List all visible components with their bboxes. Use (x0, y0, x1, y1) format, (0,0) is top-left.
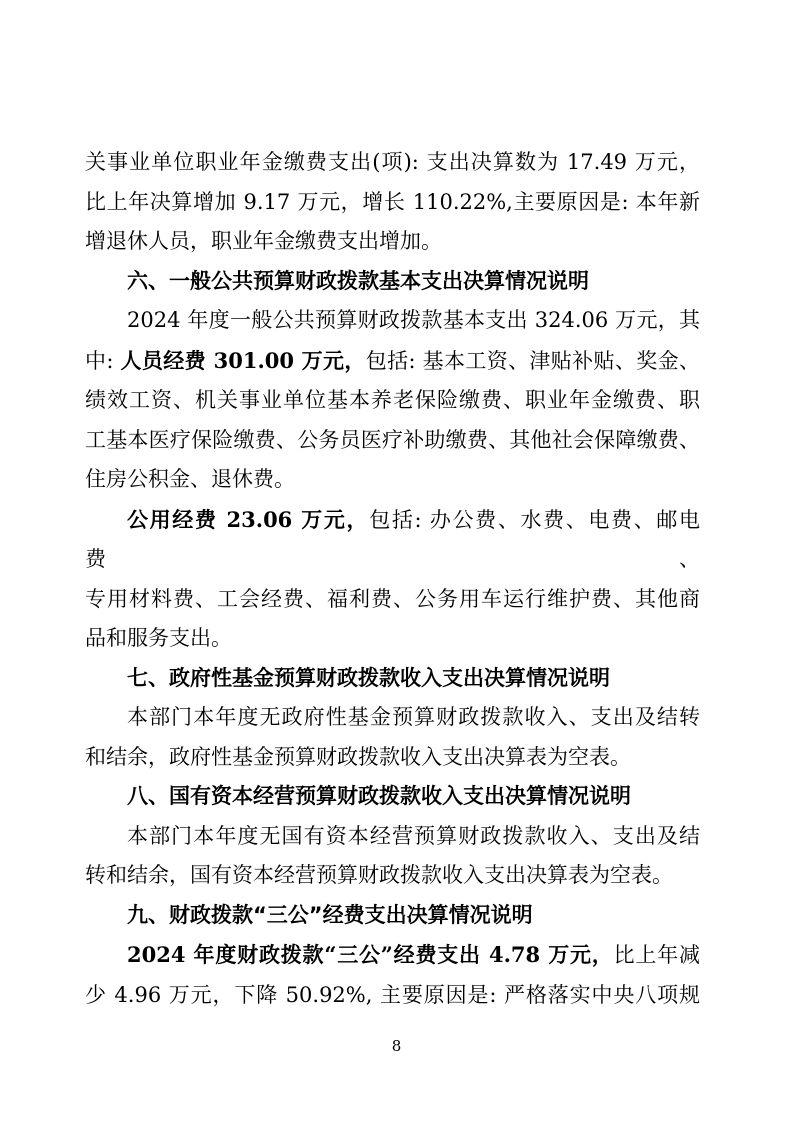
text-line: 中: 人员经费 301.00 万元，包括: 基本工资、津贴补贴、奖金、 (85, 341, 700, 382)
text-segment: 增退休人员，职业年金缴费支出增加。 (85, 229, 442, 253)
text-line: 关事业单位职业年金缴费支出(项): 支出决算数为 17.49 万元， (85, 143, 700, 183)
bold-text-segment: 公用经费 23.06 万元， (127, 507, 369, 532)
bold-text-segment: 九、财政拨款“三公”经费支出决算情况说明 (127, 903, 533, 927)
text-segment: 专用材料费、工会经费、福利费、公务用车运行维护费、其他商 (85, 587, 700, 611)
text-segment: 比上年决算增加 9.17 万元，增长 110.22%,主要原因是: 本年新 (85, 190, 700, 214)
text-segment: 包括: 基本工资、津贴补贴、奖金、 (366, 349, 700, 373)
text-segment: 品和服务支出。 (85, 626, 232, 650)
text-segment: 中: (85, 349, 120, 373)
heading-line: 七、政府性基金预算财政拨款收入支出决算情况说明 (85, 659, 700, 699)
document-page: 关事业单位职业年金缴费支出(项): 支出决算数为 17.49 万元，比上年决算增… (0, 0, 793, 1122)
heading-line: 八、国有资本经营预算财政拨款收入支出决算情况说明 (85, 777, 700, 817)
text-line: 本部门本年度无政府性基金预算财政拨款收入、支出及结转 (85, 698, 700, 738)
text-segment: 住房公积金、退休费。 (85, 467, 295, 491)
bold-text-segment: 七、政府性基金预算财政拨款收入支出决算情况说明 (127, 666, 610, 690)
text-line: 本部门本年度无国有资本经营预算财政拨款收入、支出及结 (85, 817, 700, 857)
text-line: 转和结余，国有资本经营预算财政拨款收入支出决算表为空表。 (85, 856, 700, 896)
text-segment: 和结余，政府性基金预算财政拨款收入支出决算表为空表。 (85, 745, 631, 769)
heading-line: 九、财政拨款“三公”经费支出决算情况说明 (85, 896, 700, 936)
text-line: 专用材料费、工会经费、福利费、公务用车运行维护费、其他商 (85, 580, 700, 620)
bold-text-segment: 六、一般公共预算财政拨款基本支出决算情况说明 (127, 269, 589, 293)
text-line: 工基本医疗保险缴费、公务员医疗补助缴费、其他社会保障缴费、 (85, 421, 700, 461)
text-segment: 比上年减 (614, 943, 700, 967)
text-line: 和结余，政府性基金预算财政拨款收入支出决算表为空表。 (85, 738, 700, 778)
text-line: 2024 年度一般公共预算财政拨款基本支出 324.06 万元，其 (85, 301, 700, 341)
bold-text-segment: 2024 年度财政拨款“三公”经费支出 4.78 万元， (127, 942, 614, 967)
text-segment: 关事业单位职业年金缴费支出(项): 支出决算数为 17.49 万元， (85, 150, 700, 174)
text-line: 增退休人员，职业年金缴费支出增加。 (85, 222, 700, 262)
text-segment: 2024 年度一般公共预算财政拨款基本支出 324.06 万元，其 (127, 308, 700, 332)
heading-line: 六、一般公共预算财政拨款基本支出决算情况说明 (85, 262, 700, 302)
text-line: 绩效工资、机关事业单位基本养老保险缴费、职业年金缴费、职 (85, 381, 700, 421)
page-number: 8 (0, 1036, 793, 1056)
text-line: 品和服务支出。 (85, 619, 700, 659)
document-body: 关事业单位职业年金缴费支出(项): 支出决算数为 17.49 万元，比上年决算增… (85, 143, 700, 1015)
text-segment: 本部门本年度无国有资本经营预算财政拨款收入、支出及结 (127, 824, 700, 848)
text-line: 比上年决算增加 9.17 万元，增长 110.22%,主要原因是: 本年新 (85, 183, 700, 223)
text-line: 住房公积金、退休费。 (85, 460, 700, 500)
bold-text-segment: 八、国有资本经营预算财政拨款收入支出决算情况说明 (127, 784, 631, 808)
text-line: 少 4.96 万元，下降 50.92%, 主要原因是: 严格落实中央八项规 (85, 976, 700, 1016)
text-line: 公用经费 23.06 万元，包括: 办公费、水费、电费、邮电费、 (85, 500, 700, 580)
text-segment: 转和结余，国有资本经营预算财政拨款收入支出决算表为空表。 (85, 863, 673, 887)
text-segment: 工基本医疗保险缴费、公务员医疗补助缴费、其他社会保障缴费、 (85, 428, 700, 452)
text-segment: 绩效工资、机关事业单位基本养老保险缴费、职业年金缴费、职 (85, 388, 700, 412)
bold-text-segment: 人员经费 301.00 万元， (120, 348, 365, 373)
text-segment: 少 4.96 万元，下降 50.92%, 主要原因是: 严格落实中央八项规 (85, 983, 700, 1007)
text-segment: 本部门本年度无政府性基金预算财政拨款收入、支出及结转 (127, 705, 700, 729)
text-line: 2024 年度财政拨款“三公”经费支出 4.78 万元，比上年减 (85, 935, 700, 976)
